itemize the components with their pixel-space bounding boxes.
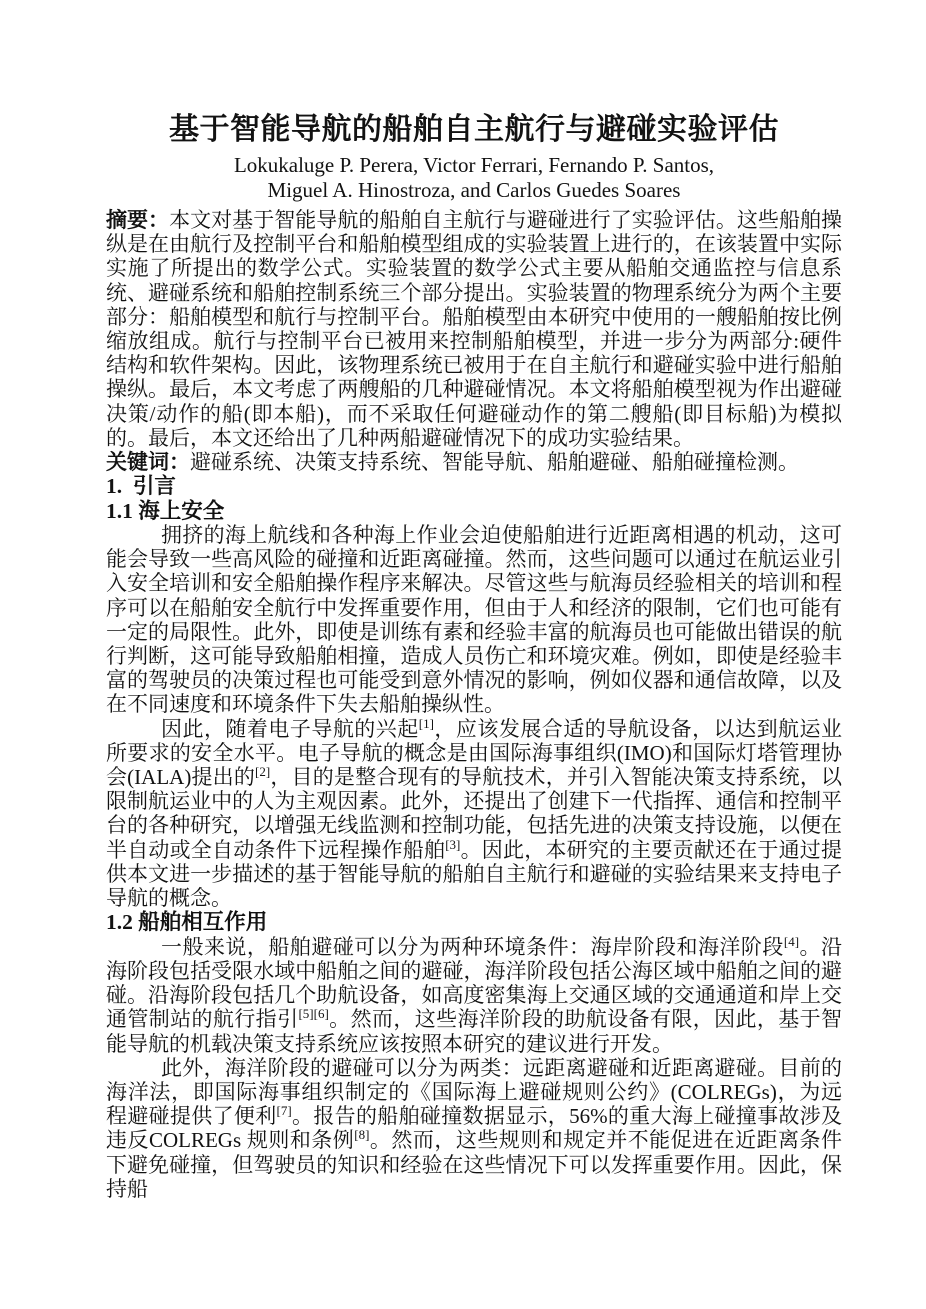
text-run: 本文对基于智能导航的船舶自主航行与避碰进行了实验评估。这些船舶操纵是在由航行及控… xyxy=(106,208,842,450)
section-heading: 1. 引言 xyxy=(106,474,842,498)
paper-title: 基于智能导航的船舶自主航行与避碰实验评估 xyxy=(106,110,842,150)
citation-ref: [3] xyxy=(445,837,460,852)
text-run: 1.1 海上安全 xyxy=(106,499,224,523)
paragraph: 摘要：本文对基于智能导航的船舶自主航行与避碰进行了实验评估。这些船舶操纵是在由航… xyxy=(106,208,842,450)
document-body: 摘要：本文对基于智能导航的船舶自主航行与避碰进行了实验评估。这些船舶操纵是在由航… xyxy=(106,208,842,1201)
author-line-2: Miguel A. Hinostroza, and Carlos Guedes … xyxy=(106,178,842,203)
text-run: 一般来说，船舶避碰可以分为两种环境条件：海岸阶段和海洋阶段 xyxy=(161,935,784,959)
citation-ref: [1] xyxy=(419,716,434,731)
text-run: 避碰系统、决策支持系统、智能导航、船舶避碰、船舶碰撞检测。 xyxy=(190,450,799,474)
field-label: 摘要： xyxy=(106,208,169,232)
text-run: 1. 引言 xyxy=(106,474,176,498)
paragraph: 因此，随着电子导航的兴起[1]，应该发展合适的导航设备，以达到航运业所要求的安全… xyxy=(106,717,842,911)
paper-page: 基于智能导航的船舶自主航行与避碰实验评估 Lokukaluge P. Perer… xyxy=(0,0,926,1309)
author-line-1: Lokukaluge P. Perera, Victor Ferrari, Fe… xyxy=(106,153,842,178)
text-run: 因此，随着电子导航的兴起 xyxy=(161,717,419,741)
field-label: 关键词： xyxy=(106,450,190,474)
text-run: 1.2 船舶相互作用 xyxy=(106,910,267,934)
citation-ref: [7] xyxy=(277,1103,292,1118)
paragraph: 关键词：避碰系统、决策支持系统、智能导航、船舶避碰、船舶碰撞检测。 xyxy=(106,450,842,474)
citation-ref: [2] xyxy=(255,764,270,779)
author-block: Lokukaluge P. Perera, Victor Ferrari, Fe… xyxy=(106,153,842,203)
citation-ref: [8] xyxy=(354,1127,369,1142)
citation-ref: [5][6] xyxy=(298,1006,328,1021)
paragraph: 此外，海洋阶段的避碰可以分为两类：远距离避碰和近距离避碰。目前的海洋法，即国际海… xyxy=(106,1056,842,1201)
section-heading: 1.2 船舶相互作用 xyxy=(106,910,842,934)
section-heading: 1.1 海上安全 xyxy=(106,499,842,523)
paragraph: 拥挤的海上航线和各种海上作业会迫使船舶进行近距离相遇的机动，这可能会导致一些高风… xyxy=(106,523,842,717)
citation-ref: [4] xyxy=(784,934,799,949)
text-run: 拥挤的海上航线和各种海上作业会迫使船舶进行近距离相遇的机动，这可能会导致一些高风… xyxy=(106,523,842,716)
paragraph: 一般来说，船舶避碰可以分为两种环境条件：海岸阶段和海洋阶段[4]。沿海阶段包括受… xyxy=(106,935,842,1056)
